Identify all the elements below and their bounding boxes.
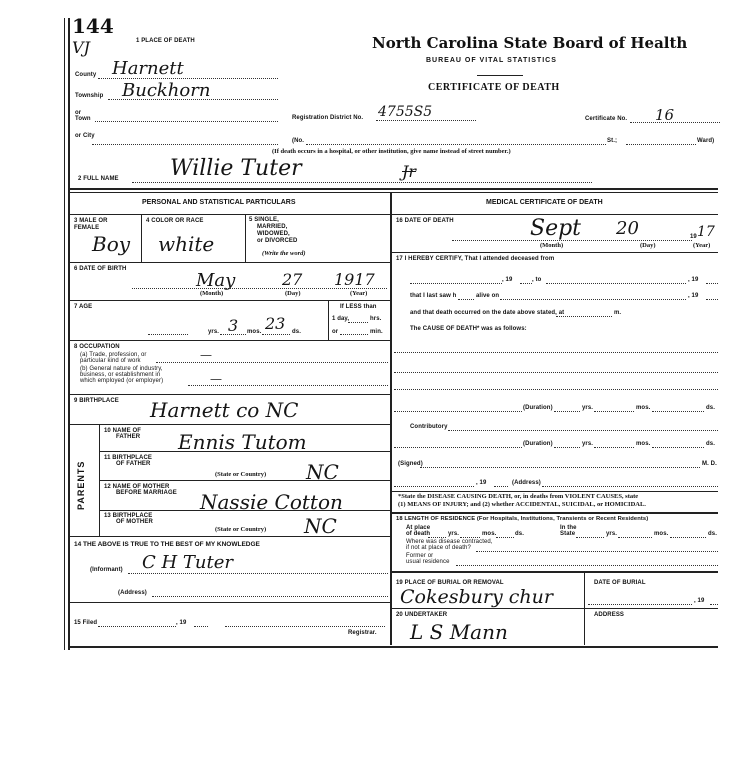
- occupation-b-label: (b) General nature of industry, business…: [80, 366, 163, 384]
- age-ds-label: ds.: [292, 329, 301, 335]
- hospital-note: (If death occurs in a hospital, or other…: [272, 148, 511, 155]
- personal-heading: PERSONAL AND STATISTICAL PARTICULARS: [142, 199, 295, 206]
- occupation-a-value[interactable]: —: [200, 348, 212, 362]
- mother-birthplace-label: 13 BIRTHPLACE OF MOTHER: [104, 513, 153, 525]
- md-label: M. D.: [702, 461, 717, 467]
- marital-note: (Write the word): [262, 250, 306, 257]
- full-name-value[interactable]: Willie Tuter: [170, 156, 302, 181]
- father-birthplace-label: 11 BIRTHPLACE OF FATHER: [104, 455, 152, 467]
- in-state-mos: mos.: [654, 531, 668, 537]
- dod-year-caption: (Year): [693, 242, 710, 249]
- dob-label: 6 DATE OF BIRTH: [74, 266, 126, 272]
- contributory-label: Contributory: [410, 424, 448, 430]
- occupation-label: 8 OCCUPATION: [74, 344, 120, 350]
- dob-month-caption: (Month): [200, 290, 223, 297]
- marital-label: 5 SINGLE, MARRIED, WIDOWED, or DIVORCED: [249, 217, 297, 245]
- m-label: m.: [614, 310, 621, 316]
- registration-district-label: Registration District No.: [292, 115, 363, 121]
- registrar-label: Registrar.: [348, 630, 377, 636]
- dod-day-caption: (Day): [640, 242, 656, 249]
- county-value[interactable]: Harnett: [112, 58, 184, 79]
- title-divider: [477, 75, 523, 76]
- informant-heading: 14 THE ABOVE IS TRUE TO THE BEST OF MY K…: [74, 541, 260, 548]
- duration-yrs-1: yrs.: [582, 405, 593, 411]
- cause-of-death-label: The CAUSE OF DEATH* was as follows:: [410, 326, 527, 332]
- medical-heading: MEDICAL CERTIFICATE OF DEATH: [486, 199, 603, 206]
- street-label: St.;: [607, 138, 617, 144]
- at-place-yrs: yrs.: [448, 531, 459, 537]
- signed-19: , 19: [476, 480, 486, 486]
- burial-date-19: , 19: [694, 598, 704, 604]
- contracted-label: Where was disease contracted, if not at …: [406, 539, 493, 551]
- dod-day[interactable]: 20: [616, 218, 639, 239]
- at-place-mos: mos.: [482, 531, 496, 537]
- certificate-no-value[interactable]: 16: [655, 106, 674, 124]
- dob-day[interactable]: 27: [282, 270, 302, 289]
- certify-label: 17 I HEREBY CERTIFY, That I attended dec…: [396, 256, 554, 262]
- parents-label: PARENTS: [76, 461, 86, 510]
- name-divider: [70, 188, 718, 190]
- informant-value[interactable]: C H Tuter: [142, 552, 233, 573]
- informant-label: (Informant): [90, 567, 123, 573]
- full-name-label: 2 FULL NAME: [78, 176, 119, 182]
- dod-year-prefix: 19: [690, 234, 697, 240]
- mother-name-label: 12 NAME OF MOTHER BEFORE MARRIAGE: [104, 484, 177, 496]
- undertaker-address-label: ADDRESS: [594, 612, 624, 618]
- filed-label: 15 Filed: [74, 620, 97, 626]
- place-of-death-label: 1 PLACE OF DEATH: [136, 38, 195, 44]
- sex-value[interactable]: Boy: [92, 232, 130, 256]
- county-label: County: [75, 72, 96, 78]
- one-day-label: 1 day,: [332, 316, 349, 322]
- attended-from-19: , 19: [502, 277, 512, 283]
- form-number: 144: [72, 14, 114, 38]
- birthplace-value[interactable]: Harnett co NC: [150, 398, 298, 422]
- left-margin-rule: [68, 18, 70, 650]
- father-name-label: 10 NAME OF FATHER: [104, 428, 141, 440]
- in-state-yrs: yrs.: [606, 531, 617, 537]
- in-state-ds: ds.: [708, 531, 717, 537]
- dod-label: 16 DATE OF DEATH: [396, 218, 454, 224]
- ward-label: Ward): [697, 138, 714, 144]
- birthplace-label: 9 BIRTHPLACE: [74, 398, 119, 404]
- city-label: or City: [75, 133, 95, 139]
- undertaker-label: 20 UNDERTAKER: [396, 612, 447, 618]
- age-days-value[interactable]: 23: [265, 314, 285, 333]
- alive-on-label: alive on: [476, 293, 499, 299]
- age-mos-label: mos.: [247, 329, 261, 335]
- duration-mos-2: mos.: [636, 441, 650, 447]
- race-label: 4 COLOR OR RACE: [146, 218, 204, 224]
- duration-label-2: (Duration): [523, 441, 553, 447]
- dob-year-caption: (Year): [350, 290, 367, 297]
- township-value[interactable]: Buckhorn: [122, 80, 210, 101]
- sex-label: 3 MALE OR FEMALE: [74, 218, 134, 232]
- age-yrs-label: yrs.: [208, 329, 219, 335]
- dob-month[interactable]: May: [196, 270, 235, 291]
- father-birthplace-caption: (State or Country): [215, 471, 266, 478]
- dob-day-caption: (Day): [285, 290, 301, 297]
- certificate-title: CERTIFICATE OF DEATH: [428, 82, 560, 93]
- mother-birthplace-value[interactable]: NC: [304, 514, 337, 538]
- full-name-suffix[interactable]: Jr: [402, 162, 416, 181]
- state-board-title: North Carolina State Board of Health: [372, 34, 687, 52]
- corner-mark: VJ: [72, 38, 90, 57]
- cause-footnote: *State the DISEASE CAUSING DEATH, or, in…: [398, 493, 646, 509]
- residence-label: 18 LENGTH OF RESIDENCE (For Hospitals, I…: [396, 516, 648, 522]
- physician-address-label: (Address): [512, 480, 541, 486]
- duration-ds-2: ds.: [706, 441, 715, 447]
- bureau-title: BUREAU OF VITAL STATISTICS: [426, 57, 557, 64]
- burial-place-value[interactable]: Cokesbury chur: [400, 586, 553, 608]
- township-label: Township: [75, 93, 103, 99]
- registration-district-value[interactable]: 4755S5: [378, 104, 432, 120]
- former-residence-label: Former or usual residence: [406, 553, 450, 565]
- undertaker-value[interactable]: L S Mann: [410, 620, 508, 644]
- dod-month[interactable]: Sept: [530, 216, 581, 241]
- at-place-label: At place of death: [406, 525, 430, 537]
- at-place-ds: ds.: [515, 531, 524, 537]
- occupation-a-label: (a) Trade, profession, or particular kin…: [80, 352, 147, 364]
- bottom-rule: [70, 646, 718, 648]
- duration-yrs-2: yrs.: [582, 441, 593, 447]
- race-value[interactable]: white: [158, 232, 214, 256]
- hrs-label: hrs.: [370, 316, 381, 322]
- last-saw-label: that I last saw h: [410, 293, 456, 299]
- mother-birthplace-caption: (State or Country): [215, 526, 266, 533]
- alive-on-19: , 19: [688, 293, 698, 299]
- dob-year[interactable]: 1917: [334, 270, 375, 289]
- certificate-no-label: Certificate No.: [585, 116, 627, 122]
- min-label: min.: [370, 329, 383, 335]
- informant-address-label: (Address): [118, 590, 147, 596]
- town-label: or Town: [75, 110, 95, 122]
- or-label: or: [332, 329, 338, 335]
- occupation-b-value[interactable]: —: [210, 372, 222, 386]
- duration-label-1: (Duration): [523, 405, 553, 411]
- street-no-label: (No.: [292, 138, 304, 144]
- occurred-at-label: and that death occurred on the date abov…: [410, 310, 564, 316]
- age-label: 7 AGE: [74, 304, 92, 310]
- in-state-label: In the State: [560, 525, 577, 537]
- duration-mos-1: mos.: [636, 405, 650, 411]
- dod-month-caption: (Month): [540, 242, 563, 249]
- age-months-value[interactable]: 3: [228, 316, 238, 335]
- column-divider: [390, 193, 392, 645]
- dod-year[interactable]: 17: [697, 224, 715, 240]
- attended-to-label: , to: [532, 277, 541, 283]
- duration-ds-1: ds.: [706, 405, 715, 411]
- less-than-label: If LESS than: [340, 304, 377, 310]
- left-margin-rule-outer: [64, 18, 65, 650]
- attended-to-19: , 19: [688, 277, 698, 283]
- filed-year-prefix: , 19: [176, 620, 186, 626]
- burial-date-label: DATE OF BURIAL: [594, 580, 646, 586]
